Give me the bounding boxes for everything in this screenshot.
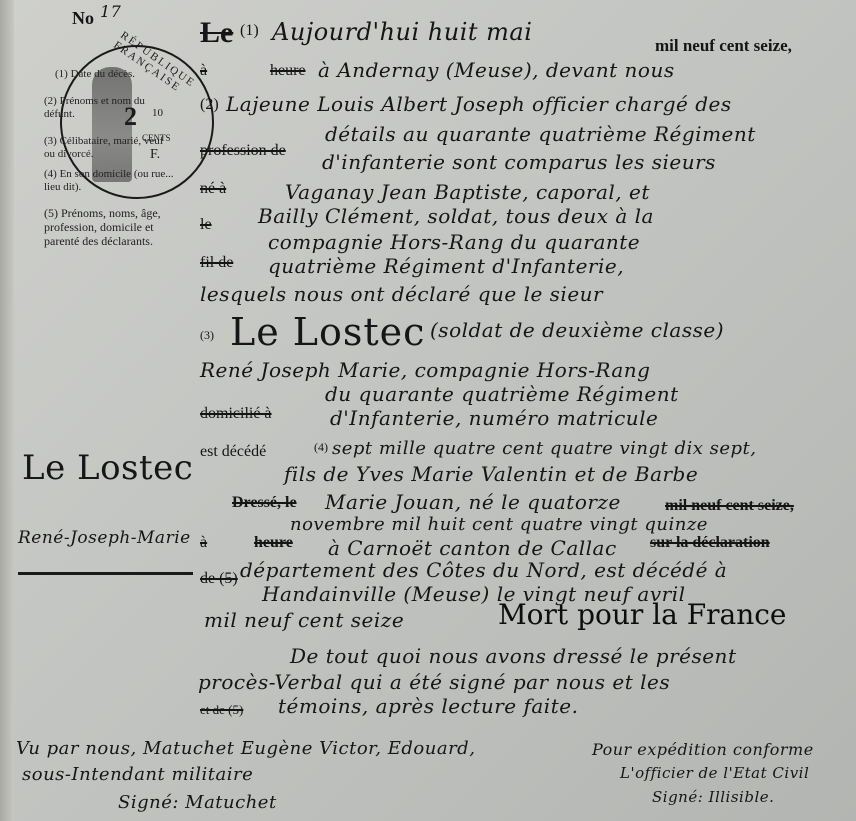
hw-line-12: René Joseph Marie, compagnie Hors-Rang: [200, 358, 650, 382]
label-ne-a: né à: [200, 180, 226, 198]
hw-line-9: quatrième Régiment d'Infanterie,: [268, 254, 624, 278]
hw-line-26: témoins, après lecture faite.: [278, 694, 578, 718]
label-dresse-le: Dressé, le: [232, 494, 297, 512]
hw-line-24: De tout quoi nous avons dressé le présen…: [290, 644, 736, 668]
printed-year-struck: mil neuf cent seize,: [665, 497, 794, 515]
ref-2: (2): [200, 96, 219, 114]
margin-note-5: (5) Prénoms, noms, âge, profession, domi…: [44, 206, 176, 248]
hw-line-3: Lajeune Louis Albert Joseph officier cha…: [226, 92, 732, 116]
mort-pour-la-france: Mort pour la France: [498, 598, 787, 631]
hw-line-20: département des Côtes du Nord, est décéd…: [240, 558, 727, 582]
margin-given-names: René-Joseph-Marie: [18, 528, 191, 548]
hw-line-19: à Carnoët canton de Callac: [328, 536, 617, 560]
ref-4: (4): [314, 440, 328, 455]
footer-left-1: Vu par nous, Matuchet Eugène Victor, Edo…: [16, 738, 475, 759]
footer-left-2: sous-Intendant militaire: [22, 764, 253, 785]
label-heure: heure: [270, 62, 306, 80]
hw-line-4: détails au quarante quatrième Régiment: [325, 122, 756, 146]
record-number-label: No: [72, 8, 94, 29]
label-et-de: et de (5): [200, 702, 243, 718]
label-est-decede: est décédé: [200, 443, 266, 461]
label-heure2: heure: [254, 534, 293, 552]
hw-line-rank: (soldat de deuxième classe): [430, 318, 724, 342]
hw-line-15: sept mille quatre cent quatre vingt dix …: [332, 438, 757, 459]
label-le2: le: [200, 216, 212, 234]
label-a2: à: [200, 534, 207, 552]
margin-note-3: (3) Célibataire, marié, veuf ou divorcé.: [44, 135, 174, 161]
margin-note-2: (2) Prénoms et nom du défunt.: [44, 95, 174, 121]
hw-line-10: lesquels nous ont déclaré que le sieur: [200, 282, 603, 306]
hw-deceased-surname: Le Lostec: [230, 310, 425, 354]
hw-line-6: Vaganay Jean Baptiste, caporal, et: [285, 180, 650, 204]
printed-declaration-struck: sur la déclaration: [650, 534, 770, 552]
label-fil-de: fil de: [200, 254, 233, 272]
hw-line-7: Bailly Clément, soldat, tous deux à la: [258, 204, 654, 228]
hw-line-22: mil neuf cent seize: [204, 608, 404, 632]
label-a: à: [200, 62, 207, 80]
margin-underline: [18, 572, 193, 575]
ref-1: (1): [240, 22, 259, 40]
label-le: Le: [200, 16, 233, 50]
margin-surname: Le Lostec: [22, 448, 193, 488]
ref-3: (3): [200, 328, 214, 343]
footer-right-1: Pour expédition conforme: [592, 740, 814, 759]
hw-line-13: du quarante quatrième Régiment: [325, 382, 679, 406]
printed-year: mil neuf cent seize,: [655, 36, 792, 56]
footer-right-3: Signé: Illisible.: [652, 788, 774, 806]
hw-line-18: novembre mil huit cent quatre vingt quin…: [290, 514, 708, 535]
hw-line-14: d'Infanterie, numéro matricule: [330, 406, 658, 430]
footer-left-3: Signé: Matuchet: [118, 792, 277, 813]
page-binding-edge: [0, 0, 14, 821]
margin-note-1: (1) Date du décès.: [55, 68, 135, 81]
margin-note-4: (4) En son domicile (ou rue... lieu dit)…: [44, 168, 174, 194]
label-domicilie: domicilié à: [200, 405, 272, 423]
hw-line-1: Aujourd'hui huit mai: [272, 18, 532, 46]
hw-line-16: fils de Yves Marie Valentin et de Barbe: [284, 462, 698, 486]
label-de: de (5): [200, 570, 238, 588]
record-number-value: 17: [100, 2, 121, 21]
hw-line-25: procès-Verbal qui a été signé par nous e…: [198, 670, 670, 694]
hw-line-5: d'infanterie sont comparus les sieurs: [322, 150, 716, 174]
death-record-page: No 17 RÉPUBLIQUE FRANÇAISE 2 10 CENTS F.…: [0, 0, 856, 821]
hw-line-8: compagnie Hors-Rang du quarante: [268, 230, 640, 254]
label-profession: profession de: [200, 142, 286, 160]
hw-line-2: à Andernay (Meuse), devant nous: [318, 58, 675, 82]
footer-right-2: L'officier de l'Etat Civil: [620, 764, 809, 782]
hw-line-17: Marie Jouan, né le quatorze: [325, 490, 621, 514]
